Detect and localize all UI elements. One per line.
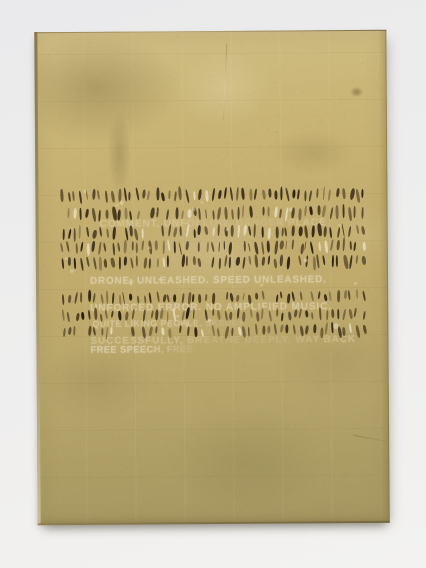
burnt-match-mark [211,257,215,268]
burnt-match-mark [212,309,214,316]
burnt-match-mark [193,191,196,200]
burnt-match-mark [175,207,178,219]
burnt-match-mark [347,226,351,237]
burnt-match-mark [219,258,221,269]
burnt-match-mark [348,207,352,221]
burnt-match-mark [329,291,332,301]
burnt-match-mark [101,328,103,336]
burnt-match-mark [361,226,366,235]
stencil-text-line: FREE SPEECH, FREE [90,344,193,356]
burnt-match-mark [354,308,357,317]
burnt-match-mark [84,209,88,218]
burnt-match-mark [326,310,328,320]
burnt-match-mark [174,191,177,201]
burnt-match-mark [224,255,228,267]
burnt-match-mark [192,256,196,265]
burnt-match-mark [198,242,201,252]
burnt-match-mark [100,314,103,322]
burnt-match-mark [309,191,312,202]
burnt-match-mark [142,190,146,200]
burnt-match-mark [110,310,113,318]
burnt-match-mark [349,255,353,269]
burnt-match-mark [336,255,338,267]
gold-leaf-scratch [353,435,387,442]
burnt-match-mark [68,327,72,335]
burnt-match-mark [80,292,82,303]
burnt-match-mark [328,189,331,201]
burnt-match-mark [273,323,276,334]
photograph-of-artwork: { "scene": { "description": "gold-leaf p… [0,0,426,568]
burnt-match-mark [275,190,278,199]
burnt-match-mark [79,225,82,239]
burnt-match-mark [155,326,158,334]
burnt-match-mark [329,207,333,219]
burnt-match-mark [335,188,339,197]
burnt-match-mark [103,243,107,252]
burnt-match-mark [211,188,215,202]
burnt-match-mark [355,188,360,202]
burnt-match-mark [362,206,364,218]
burnt-match-mark [74,326,77,336]
burnt-match-mark [198,225,202,235]
burnt-match-mark [248,256,251,265]
burnt-match-mark [162,240,164,254]
burnt-match-mark [347,289,350,299]
burnt-match-mark [124,256,127,265]
burnt-match-mark [134,228,139,241]
burnt-match-mark [349,188,356,201]
burnt-match-mark [167,239,171,252]
burnt-match-mark [80,258,84,271]
burnt-match-mark [311,226,315,239]
burnt-match-mark [279,240,284,250]
burnt-match-mark [268,227,272,239]
burnt-match-mark [337,240,340,250]
burnt-match-mark [362,324,366,334]
burnt-match-mark [163,257,166,268]
burnt-match-mark [212,210,215,220]
burnt-match-mark [305,325,309,334]
burnt-match-mark [343,309,347,320]
burnt-match-mark [250,189,253,201]
burnt-match-mark [243,240,246,251]
burnt-match-mark [105,191,108,203]
burnt-match-mark [123,187,127,201]
burnt-match-mark [256,311,260,321]
burnt-match-mark [362,242,365,251]
burnt-match-mark [92,229,98,238]
burnt-match-mark [305,190,307,201]
burnt-match-mark [218,224,221,236]
stencil-text-line: DRONE, UNLEASHED. SPEED UNLEASHED. [90,274,327,287]
burnt-match-mark [280,325,284,333]
burnt-match-mark [350,241,352,250]
burnt-match-mark [79,208,81,220]
burnt-match-mark [286,240,288,249]
burnt-match-mark [235,187,238,201]
burnt-match-mark [218,242,220,252]
burnt-match-mark [249,206,253,218]
burnt-match-mark [141,228,143,238]
burnt-match-mark [276,309,278,317]
gold-leaf-fleck [103,259,105,261]
burnt-match-mark [200,329,203,337]
burnt-match-mark [132,242,134,251]
burnt-match-mark [129,211,133,221]
burnt-match-mark [229,257,231,268]
burnt-match-mark [254,189,257,201]
burnt-match-mark [68,208,70,218]
burnt-match-mark [78,191,81,204]
burnt-match-mark [355,254,358,263]
burnt-match-mark [129,192,131,201]
burnt-match-mark [186,241,190,250]
burnt-match-mark [354,241,357,250]
burnt-match-mark [243,225,247,236]
burnt-match-mark [74,228,76,242]
burnt-match-mark [248,294,252,303]
burnt-match-mark [323,186,325,200]
burnt-match-mark [224,187,228,200]
burnt-match-mark [353,206,355,218]
burnt-match-mark [349,323,352,333]
burnt-match-mark [68,229,72,239]
burnt-match-mark [75,313,79,321]
burnt-match-mark [343,290,347,299]
burnt-match-mark [181,254,185,267]
burnt-match-mark [343,254,349,268]
burnt-match-mark [187,209,192,218]
burnt-match-mark [141,241,144,251]
gold-leaf-fleck [120,201,124,204]
burnt-match-mark [267,255,270,265]
burnt-match-mark [298,255,302,265]
burnt-match-mark [173,242,175,254]
burnt-match-mark [224,241,226,250]
burnt-match-mark [185,189,190,204]
burnt-match-mark [229,293,234,302]
burnt-match-mark [241,188,245,200]
burnt-match-mark [197,258,201,267]
burnt-match-mark [92,208,97,223]
burnt-match-mark [178,242,182,255]
burnt-match-mark [60,243,63,253]
burnt-match-mark [316,188,319,198]
burnt-match-mark [92,188,96,200]
burnt-match-mark [237,225,240,238]
gold-leaf-fleck [200,201,203,204]
burnt-match-mark [242,257,245,269]
burnt-match-mark [323,294,327,301]
burnt-match-mark [205,190,209,202]
burnt-match-mark [119,256,121,270]
burnt-match-mark [286,324,290,333]
burnt-match-mark [150,207,156,219]
burnt-match-mark [332,255,334,267]
burnt-match-mark [129,294,132,301]
burnt-match-mark [341,223,345,237]
burnt-match-mark [143,257,147,268]
burnt-match-mark [61,309,65,322]
burnt-match-mark [86,227,89,237]
burnt-match-mark [297,190,300,200]
burnt-match-mark [342,204,344,218]
burnt-match-mark [323,226,327,237]
burnt-match-mark [229,187,233,201]
burnt-match-mark [228,242,233,255]
burnt-match-mark [110,257,116,268]
burnt-match-mark [235,257,241,267]
burnt-match-mark [68,257,71,266]
burnt-match-mark [66,241,70,252]
burnt-match-mark [321,205,326,217]
burnt-match-mark [362,311,366,320]
burnt-match-mark [304,241,307,250]
burnt-match-mark [329,227,332,238]
burnt-match-mark [325,322,328,335]
burnt-match-mark [343,237,346,252]
burnt-match-mark [88,290,91,302]
burnt-match-mark [255,293,259,301]
burnt-match-mark [254,324,257,335]
burnt-match-mark [260,308,263,321]
burnt-match-mark [285,228,288,237]
burnt-match-mark [135,188,139,201]
burnt-match-mark [212,227,215,236]
burnt-match-mark [154,241,157,251]
burnt-match-mark [304,205,307,216]
burnt-match-mark [193,229,196,238]
burnt-match-mark [99,257,102,271]
burnt-match-mark [242,205,244,218]
burnt-match-mark [94,308,97,320]
burnt-match-mark [362,291,366,302]
burnt-match-mark [123,239,127,253]
burnt-match-mark [186,256,188,266]
burnt-match-mark [342,188,346,199]
burnt-match-mark [211,242,215,252]
burnt-match-mark [178,186,182,200]
burnt-match-mark [292,239,295,249]
burnt-match-mark [262,190,266,200]
burnt-match-mark [281,312,284,321]
burnt-match-mark [63,328,66,337]
burnt-match-mark [356,225,360,234]
burnt-match-mark [317,291,321,300]
burnt-match-mark [336,205,339,219]
burnt-match-mark [136,242,138,253]
burnt-match-mark [74,258,76,269]
burnt-match-mark [253,242,258,255]
burnt-match-mark [60,189,63,202]
gold-leaf-fleck [70,269,73,273]
burnt-match-mark [262,207,265,216]
burnt-match-mark [231,225,234,238]
burnt-match-mark [279,208,283,218]
burnt-match-mark [147,190,151,200]
burnt-match-mark [156,187,159,200]
burnt-match-mark [111,191,116,203]
burnt-match-mark [217,190,221,199]
burnt-match-mark [98,242,102,255]
burnt-match-mark [310,292,314,302]
burnt-match-mark [261,227,263,238]
burnt-match-mark [112,243,115,257]
burnt-match-mark [300,292,304,301]
stencil-text-line: QUITE LIKING PEOPLE. SKSUBE [92,318,245,329]
burnt-match-mark [197,189,202,200]
burnt-match-mark [324,240,328,254]
burnt-match-mark [362,189,364,198]
burnt-match-mark [149,258,151,268]
burnt-match-mark [129,225,132,236]
burnt-match-mark [225,292,228,301]
burnt-match-mark [93,256,98,269]
burnt-match-mark [93,293,97,303]
burnt-match-mark [312,256,315,270]
burnt-match-mark [86,256,90,266]
burnt-match-mark [330,239,335,252]
burnt-match-mark [292,189,296,198]
burnt-match-mark [261,291,264,300]
gold-leaf-fleck [177,315,179,317]
burnt-match-mark [348,309,352,319]
burnt-match-mark [136,256,138,267]
burnt-match-mark [67,312,70,322]
burnt-match-mark [166,294,169,302]
gold-leaf-fleck [225,228,229,231]
burnt-match-mark [68,294,72,302]
burnt-match-mark [316,254,319,268]
burnt-match-mark [320,327,324,338]
burnt-match-mark [268,188,271,197]
burnt-match-mark [112,226,116,239]
burnt-match-mark [274,240,278,254]
burnt-match-mark [293,309,297,317]
burnt-match-mark [156,291,160,302]
burnt-match-mark [117,242,120,251]
burnt-match-mark [261,241,264,254]
burnt-match-mark [86,242,90,255]
burnt-match-mark [279,255,283,267]
burnt-match-mark [337,290,340,302]
burnt-match-mark [337,309,339,319]
burnt-match-mark [362,256,367,265]
burnt-match-mark [167,255,169,267]
burnt-match-mark [156,259,158,268]
burnt-match-mark [280,292,283,299]
burnt-match-mark [81,311,85,319]
burnt-match-mark [204,293,206,300]
burnt-match-mark [273,258,278,269]
burnt-match-mark [285,187,290,201]
burnt-match-mark [144,295,147,303]
burnt-match-mark [168,190,170,199]
burnt-match-mark [317,206,320,216]
burnt-match-mark [261,257,265,266]
burnt-match-mark [268,326,272,334]
burnt-match-mark [206,242,208,252]
burnt-match-mark [275,294,278,302]
burnt-match-mark [248,242,251,251]
burnt-match-mark [313,324,316,333]
burnt-match-mark [75,243,78,255]
burnt-match-mark [287,256,291,270]
gold-leaf-fleck [155,210,157,212]
gold-leaf-fleck [115,204,118,207]
burnt-match-mark [262,326,265,335]
gold-leaf-fleck [354,282,357,285]
burnt-match-mark [318,242,321,252]
burnt-match-mark [106,228,109,237]
burnt-match-mark [243,293,246,301]
burnt-match-mark [68,192,72,202]
burnt-match-mark [124,207,128,219]
burnt-match-mark [274,207,278,219]
burnt-match-mark [311,312,314,319]
burnt-match-mark [310,241,315,254]
gold-leaf-fleck [339,224,341,226]
burnt-match-mark [160,192,164,201]
burnt-match-mark [130,258,134,269]
burnt-match-mark [80,242,84,253]
burnt-match-mark [291,291,295,301]
burnt-match-mark [331,323,333,334]
burnt-match-mark [309,206,313,215]
burnt-match-mark [254,255,258,268]
gold-leaf-fleck [83,190,86,193]
burnt-match-mark [281,186,283,200]
burnt-match-mark [74,292,78,304]
burnt-match-mark [267,241,271,253]
gold-leaf-fleck [172,308,175,310]
burnt-match-mark [292,324,296,335]
gold-leaf-panel: COMMENT, UNFOLLOW, DANGER PLACEDRONE, UN… [34,30,389,525]
burnt-match-mark [275,227,278,239]
burnt-match-mark [73,208,77,219]
gold-leaf-fleck [147,246,150,249]
burnt-match-mark [91,240,95,251]
burnt-match-mark [72,191,75,201]
burnt-match-mark [331,309,335,318]
burnt-match-mark [63,229,65,240]
gold-leaf-crack [223,44,227,120]
burnt-match-mark [106,210,109,219]
burnt-match-mark [268,207,270,217]
burnt-match-mark [97,189,101,199]
burnt-match-mark [168,224,171,236]
burnt-match-mark [322,256,326,267]
burnt-match-mark [62,294,65,305]
burnt-match-mark [337,227,341,238]
burnt-match-mark [168,328,172,338]
gold-leaf-fleck [261,284,264,286]
burnt-match-mark [356,289,359,299]
